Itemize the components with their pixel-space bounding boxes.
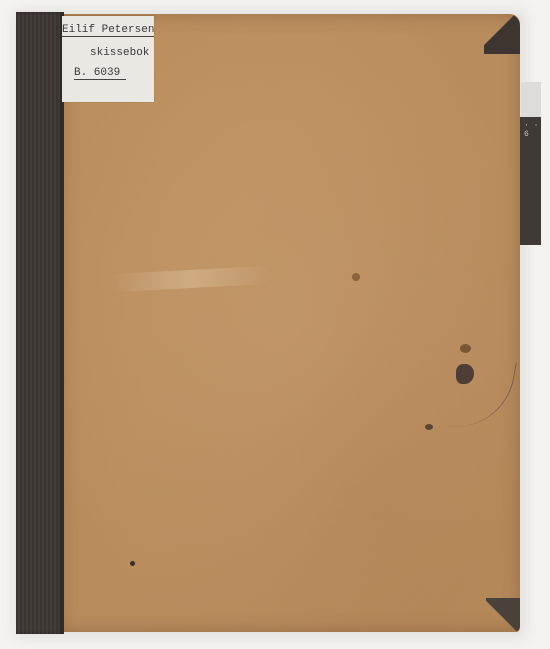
label-number: B. 6039 xyxy=(74,67,126,80)
catalog-label: Eilif Petersen skissebok B. 6039 xyxy=(62,16,154,102)
tab-mark: · · 6 xyxy=(524,121,541,139)
stain xyxy=(352,273,360,281)
stain xyxy=(460,344,471,353)
sketchbook xyxy=(16,12,522,634)
label-artist: Eilif Petersen xyxy=(62,24,154,37)
index-tab: · · 6 xyxy=(520,117,541,245)
cover-corner-top xyxy=(484,14,520,54)
stain xyxy=(425,424,433,430)
stain xyxy=(130,561,135,566)
label-type: skissebok xyxy=(90,47,149,59)
cloth-spine xyxy=(16,12,64,634)
page-edge xyxy=(521,82,541,118)
cover-corner-bottom xyxy=(486,598,520,632)
book-cover xyxy=(60,14,520,632)
